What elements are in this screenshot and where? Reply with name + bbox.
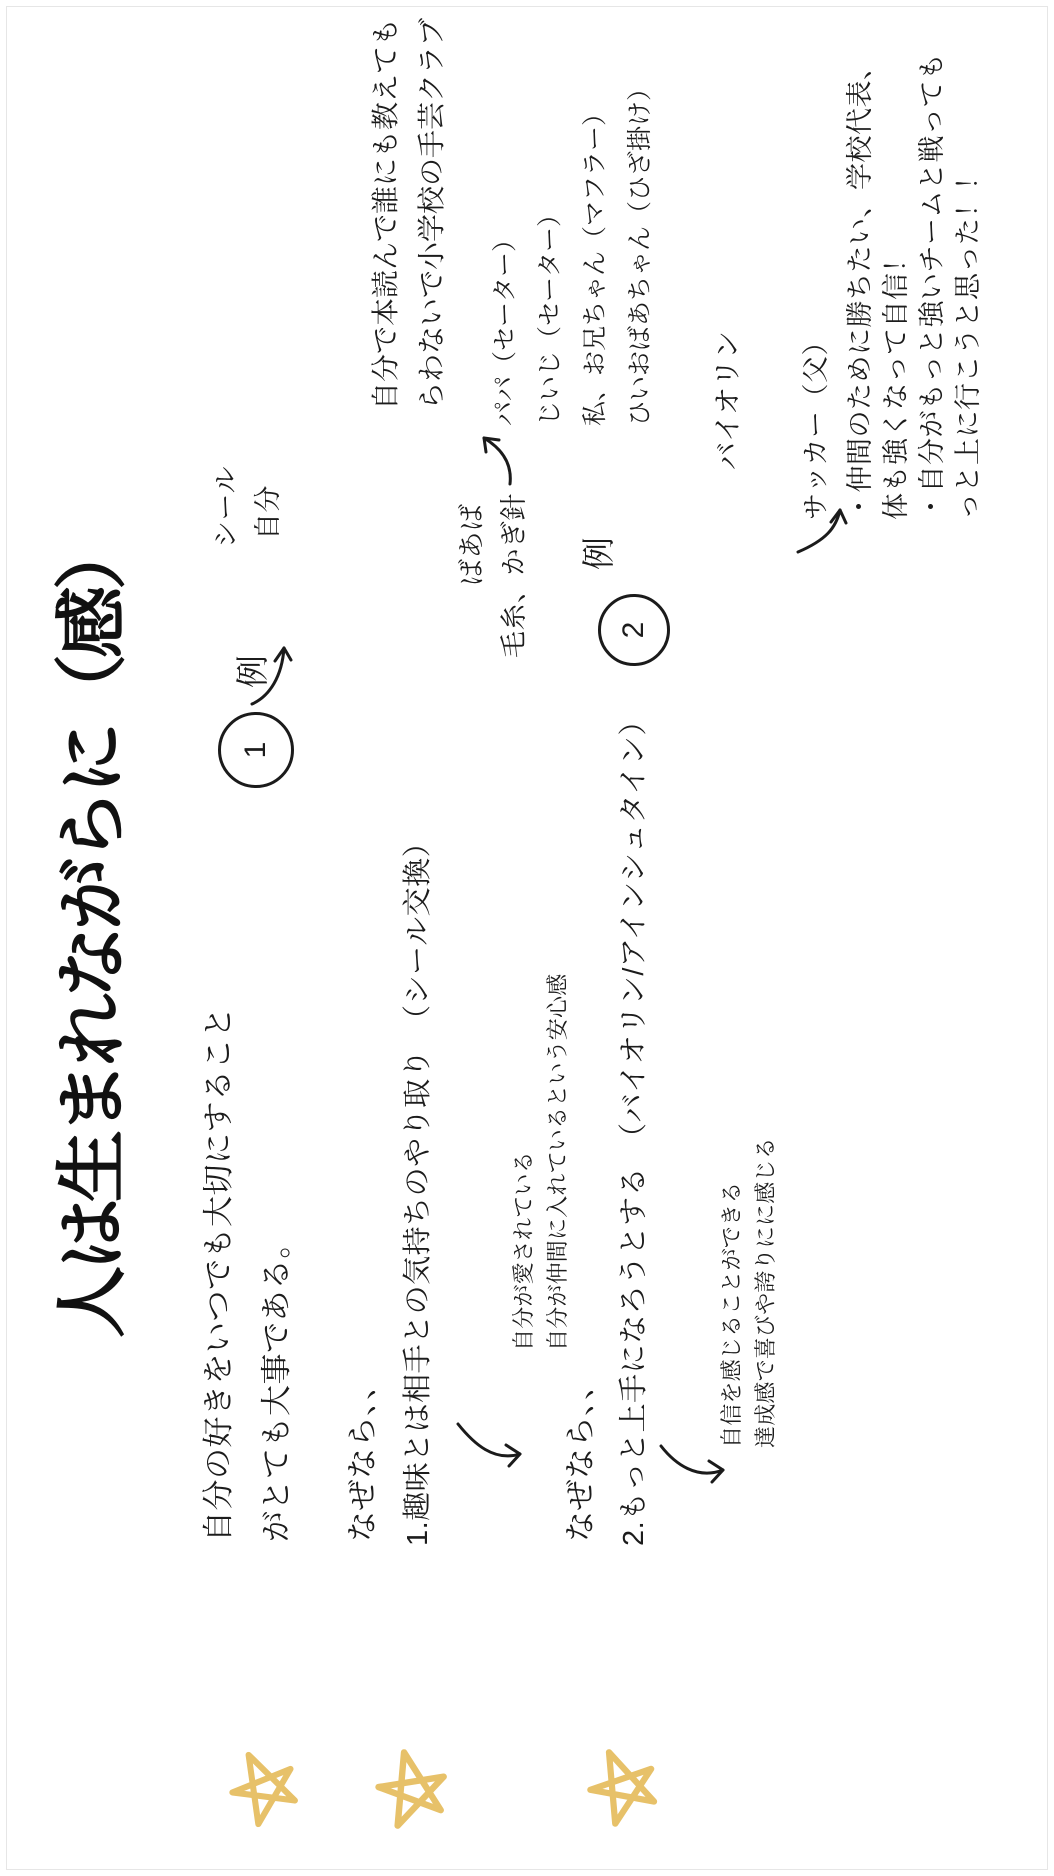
- note-canvas: 人は生まれながらに（感） 自分の好きをいつでも大切にすること がとても大事である…: [0, 0, 1054, 1876]
- knit-tools: 毛糸、かぎ針: [498, 493, 532, 658]
- soccer-line: 体も強くなって自信！: [880, 245, 914, 520]
- soccer-line: ・自分がもっと強いチームと戦っても: [916, 53, 950, 521]
- note-1-line-1: 自分が愛されている: [510, 1151, 538, 1351]
- star-icon: [369, 1747, 456, 1834]
- note-2-line-2: 達成感で喜びや誇りにに感じる: [752, 1137, 780, 1448]
- soccer-heading: サッカー（父）: [800, 328, 834, 520]
- section-1-reason: なぜなら、、: [344, 1369, 383, 1543]
- handcraft-line-2: らわないで小学校の手芸クラブ: [414, 18, 449, 410]
- thesis-line-2: がとても大事である。: [258, 1227, 297, 1542]
- knitter-name: ばあば: [456, 504, 490, 587]
- example-1-item: シール: [210, 466, 244, 548]
- circle-number-1: 1: [218, 712, 294, 788]
- knit-recipient: じいじ（セーター）: [535, 202, 566, 426]
- example-label-2: 例: [578, 537, 619, 570]
- knit-recipient: 私、お兄ちゃん（マフラー）: [580, 101, 611, 426]
- soccer-line: っと上に行こうと思った！！: [952, 163, 986, 521]
- knit-arrow-icon: [476, 430, 518, 488]
- thesis-line-1: 自分の好きをいつでも大切にすること: [200, 1007, 239, 1543]
- knit-recipient: パパ（セーター）: [490, 227, 521, 426]
- star-icon: [221, 1745, 307, 1831]
- note-2-line-1: 自信を感じることができる: [718, 1182, 746, 1448]
- note-1-line-2: 自分が仲間に入れているという安心感: [544, 974, 572, 1351]
- section-2-point: 2.もっと上手になろうとする （バイオリン/アインシュタイン）: [616, 706, 652, 1546]
- knit-recipient: ひいおばあちゃん（ひざ掛け）: [625, 76, 656, 426]
- example-1-number: 1: [239, 742, 273, 759]
- handcraft-line-1: 自分で本読んで誰にも教えても: [368, 18, 403, 410]
- example-2-number: 2: [617, 622, 651, 639]
- example-1-arrow-icon: [244, 638, 296, 710]
- example-2-item: バイオリン: [710, 331, 745, 470]
- note-page-surface[interactable]: 人は生まれながらに（感） 自分の好きをいつでも大切にすること がとても大事である…: [0, 0, 1054, 1876]
- soccer-line: ・仲間のために勝ちたい、学校代表、: [844, 53, 878, 521]
- circle-number-2: 2: [598, 594, 670, 666]
- star-icon: [581, 1745, 666, 1830]
- example-1-item: 自分: [252, 485, 286, 540]
- page-title: 人は生まれながらに（感）: [48, 522, 138, 1338]
- section-1-point: 1.趣味とは相手との気持ちのやり取り （シール交換）: [400, 828, 436, 1546]
- section-2-reason: なぜなら、、: [562, 1369, 601, 1543]
- note-1-arrow-icon: [452, 1412, 530, 1474]
